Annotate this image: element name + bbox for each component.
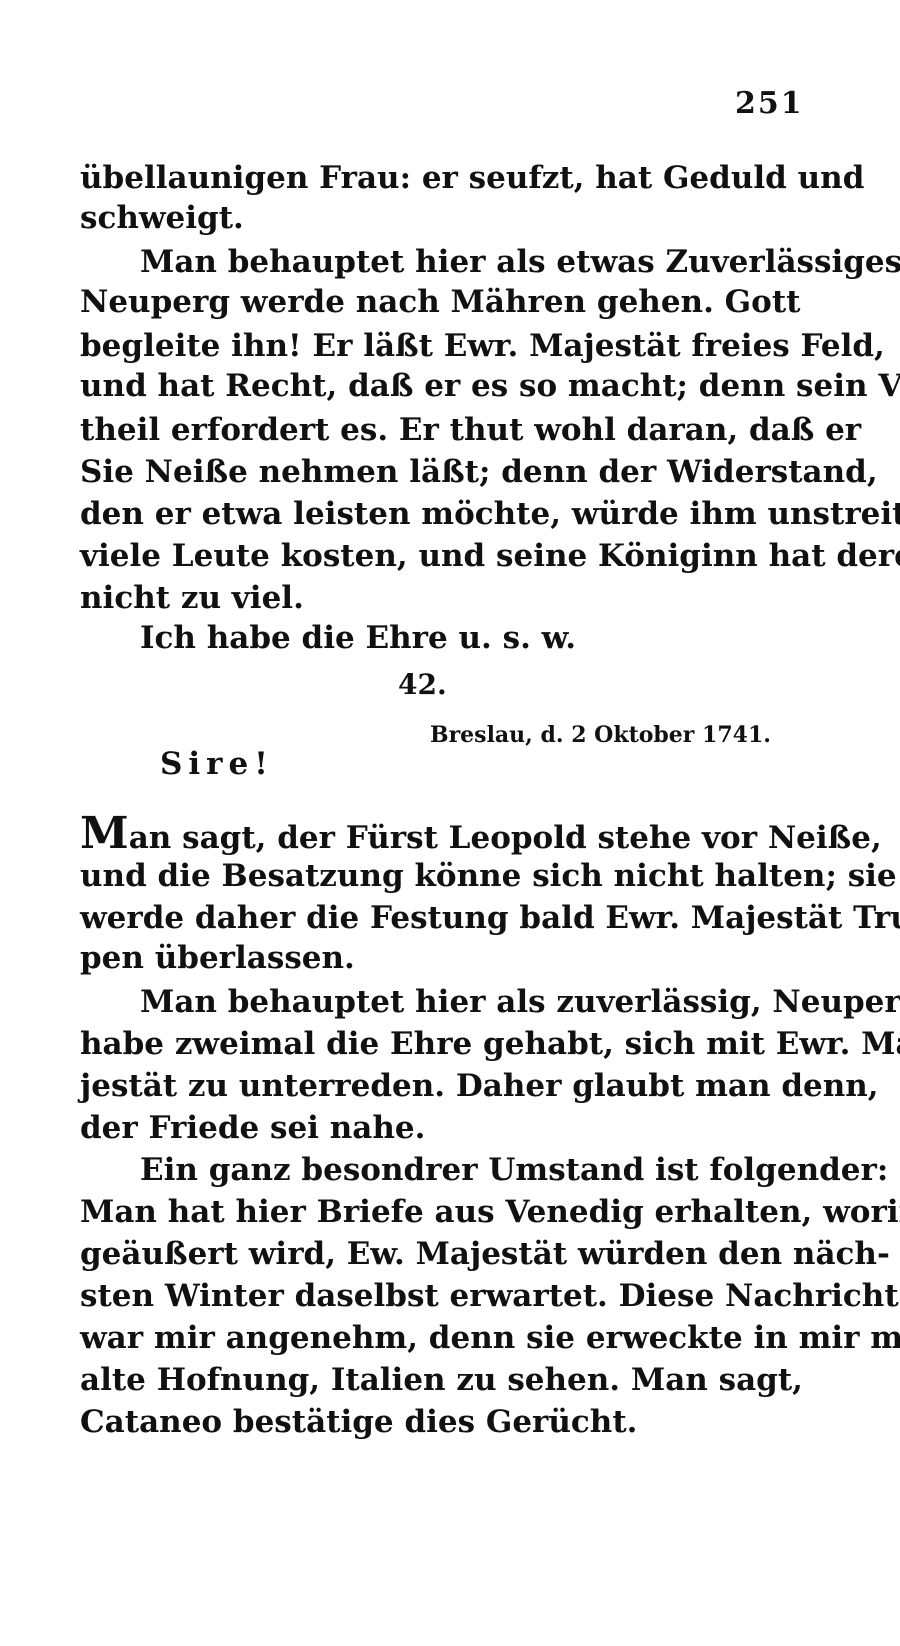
text-line: Man hat hier Briefe aus Venedig erhalten… — [80, 1192, 770, 1232]
text-line: theil erfordert es. Er thut wohl daran, … — [80, 410, 770, 450]
text-line: alte Hofnung, Italien zu sehen. Man sagt… — [80, 1360, 770, 1400]
text-line: den er etwa leisten möchte, würde ihm un… — [80, 494, 770, 534]
text-line: war mir angenehm, denn sie erweckte in m… — [80, 1318, 770, 1358]
text-line: habe zweimal die Ehre gehabt, sich mit E… — [80, 1024, 770, 1064]
text-line: sten Winter daselbst erwartet. Diese Nac… — [80, 1276, 770, 1316]
text-line: viele Leute kosten, und seine Königinn h… — [80, 536, 770, 576]
book-page: 251 übellaunigen Frau: er seufzt, hat Ge… — [0, 0, 900, 1646]
letter-dateline: Breslau, d. 2 Oktober 1741. — [430, 722, 771, 748]
paragraph-start-line: Man behauptet hier als zuverlässig, Neup… — [140, 982, 770, 1022]
text-line: jestät zu unterreden. Daher glaubt man d… — [80, 1066, 770, 1106]
page-number: 251 — [735, 86, 804, 121]
drop-cap: M — [80, 808, 129, 859]
text-line: begleite ihn! Er läßt Ewr. Majestät frei… — [80, 326, 770, 366]
first-line: Man sagt, der Fürst Leopold stehe vor Ne… — [80, 814, 770, 858]
text-line: und die Besatzung könne sich nicht halte… — [80, 856, 770, 896]
closing-line: Ich habe die Ehre u. s. w. — [140, 618, 770, 658]
text-line: Cataneo bestätige dies Gerücht. — [80, 1402, 770, 1442]
text-line: pen überlassen. — [80, 938, 770, 978]
text-line: schweigt. — [80, 198, 770, 238]
text-line: Neuperg werde nach Mähren gehen. Gott — [80, 282, 770, 322]
paragraph-start-line: Ein ganz besondrer Umstand ist folgender… — [140, 1150, 770, 1190]
text-line: übellaunigen Frau: er seufzt, hat Geduld… — [80, 158, 770, 198]
letter-salutation: Sire! — [160, 746, 274, 782]
text-line: und hat Recht, daß er es so macht; denn … — [80, 366, 770, 406]
text-line: werde daher die Festung bald Ewr. Majest… — [80, 898, 770, 938]
text-line: nicht zu viel. — [80, 578, 770, 618]
text-line: geäußert wird, Ew. Majestät würden den n… — [80, 1234, 770, 1274]
text-line: Sie Neiße nehmen läßt; denn der Widersta… — [80, 452, 770, 492]
letter-number: 42. — [398, 668, 447, 701]
first-line-text: an sagt, der Fürst Leopold stehe vor Nei… — [129, 820, 882, 856]
paragraph-start-line: Man behauptet hier als etwas Zuverlässig… — [140, 242, 770, 282]
text-line: der Friede sei nahe. — [80, 1108, 770, 1148]
